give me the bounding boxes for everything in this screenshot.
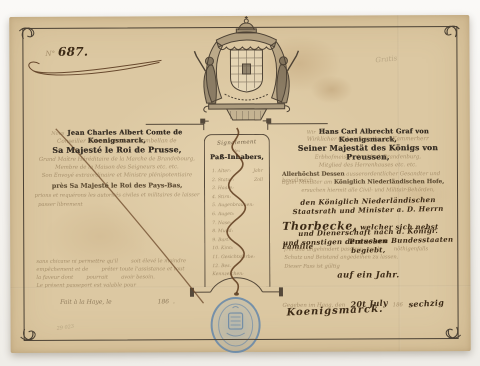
passport-number: 687. xyxy=(58,45,88,59)
signalement-row: 3. Haare: xyxy=(205,185,269,194)
majesty-fr-2: près Sa Majesté le Roi des Pays-Bas, xyxy=(34,181,200,190)
request-de: ersuchen hiermit alle Civil- und Militai… xyxy=(282,187,454,194)
number-prefix: N° xyxy=(45,50,55,58)
validity-fr: Le présent passeport est valable pour xyxy=(36,282,200,289)
signalement-panel: Signalement des Paß-Inhabers, 1. Alter:J… xyxy=(204,134,271,287)
issuer-title-fr-3: Membre de la Maison des Seigneurs etc. e… xyxy=(34,164,200,171)
signalement-row: 10. Kinn: xyxy=(205,245,269,254)
request-fr-2: passer librement xyxy=(38,201,204,208)
majesty-fr: Sa Majesté le Roi de Prusse, xyxy=(34,145,200,155)
clause-fr-3: la faveur dont pourrait avoir besoin. xyxy=(36,274,200,281)
issued-line-fr: Fait à la Haye, le186 . xyxy=(34,298,200,306)
signalement-header: Signalement xyxy=(205,139,269,148)
passport-number-line: N° 687. xyxy=(45,45,88,59)
handwritten-validity: auf ein Jahr. xyxy=(282,270,454,281)
issuer-title-de-5: tigter Minister am Königlich Niederländi… xyxy=(282,179,454,186)
passport-document: Signalement des Paß-Inhabers, 1. Alter:J… xyxy=(9,15,470,353)
signalement-row: 6. Augen: xyxy=(205,211,269,220)
signalement-row: 11. Gesichtsfarbe: xyxy=(205,254,269,263)
clause-de-2: Schutz und Beistand angedeihen zu lassen… xyxy=(284,254,454,261)
issuer-title-de-1: Wirklicher Geheimerrath und Kammerherr xyxy=(282,136,454,143)
signalement-row: 1. Alter:Jahr xyxy=(205,168,269,177)
signalement-rows: 1. Alter:Jahr 2. Statur:Zoll 3. Haare: 4… xyxy=(205,168,269,280)
signalement-header-passinhaber: Paß-Inhabers, xyxy=(205,153,269,161)
issuer-title-fr-2: Grand Maître Héréditaire de la Marche de… xyxy=(34,156,200,163)
signalement-row: 7. Nase: xyxy=(205,219,269,228)
handwritten-year-word: sechzig xyxy=(408,297,444,309)
photo-of-document: { "document": { "number_prefix": "N\u00b… xyxy=(0,0,480,366)
signalement-row: 8. Mund: xyxy=(205,228,269,237)
issuer-title-fr-4: Son Envoyé extraordinaire et Ministre pl… xyxy=(34,172,200,179)
issuer-title-de-3: Mitglied des Herrenhauses etc. etc. xyxy=(282,162,454,169)
request-fr-1: prions et requérons les autorités civile… xyxy=(34,192,200,199)
clause-fr-2: empêchement et de prêter toute l'assista… xyxy=(36,266,200,273)
signalement-row: 5. Augenbraunen: xyxy=(205,202,269,211)
signalement-row: 9. Bart: xyxy=(205,237,269,246)
signalement-row: 4. Stirn: xyxy=(205,194,269,203)
signalement-row: 2. Statur:Zoll xyxy=(205,176,269,185)
issuer-title-fr-1: Conseiller intime actuel et Chambellan d… xyxy=(34,138,200,145)
validity-de: Dieser Pass ist gültig xyxy=(284,263,454,270)
clause-fr-1: sans chicane ni permettre qu'il soit éle… xyxy=(36,258,200,265)
clause-de-1: frei und ungehindert passiren, auch nöth… xyxy=(284,246,454,253)
signalement-row: 12. Bes. Kennzeichen: xyxy=(205,262,269,279)
issuer-title-de-2: Erbhofmeister der Mark Brandenburg, xyxy=(282,154,454,161)
